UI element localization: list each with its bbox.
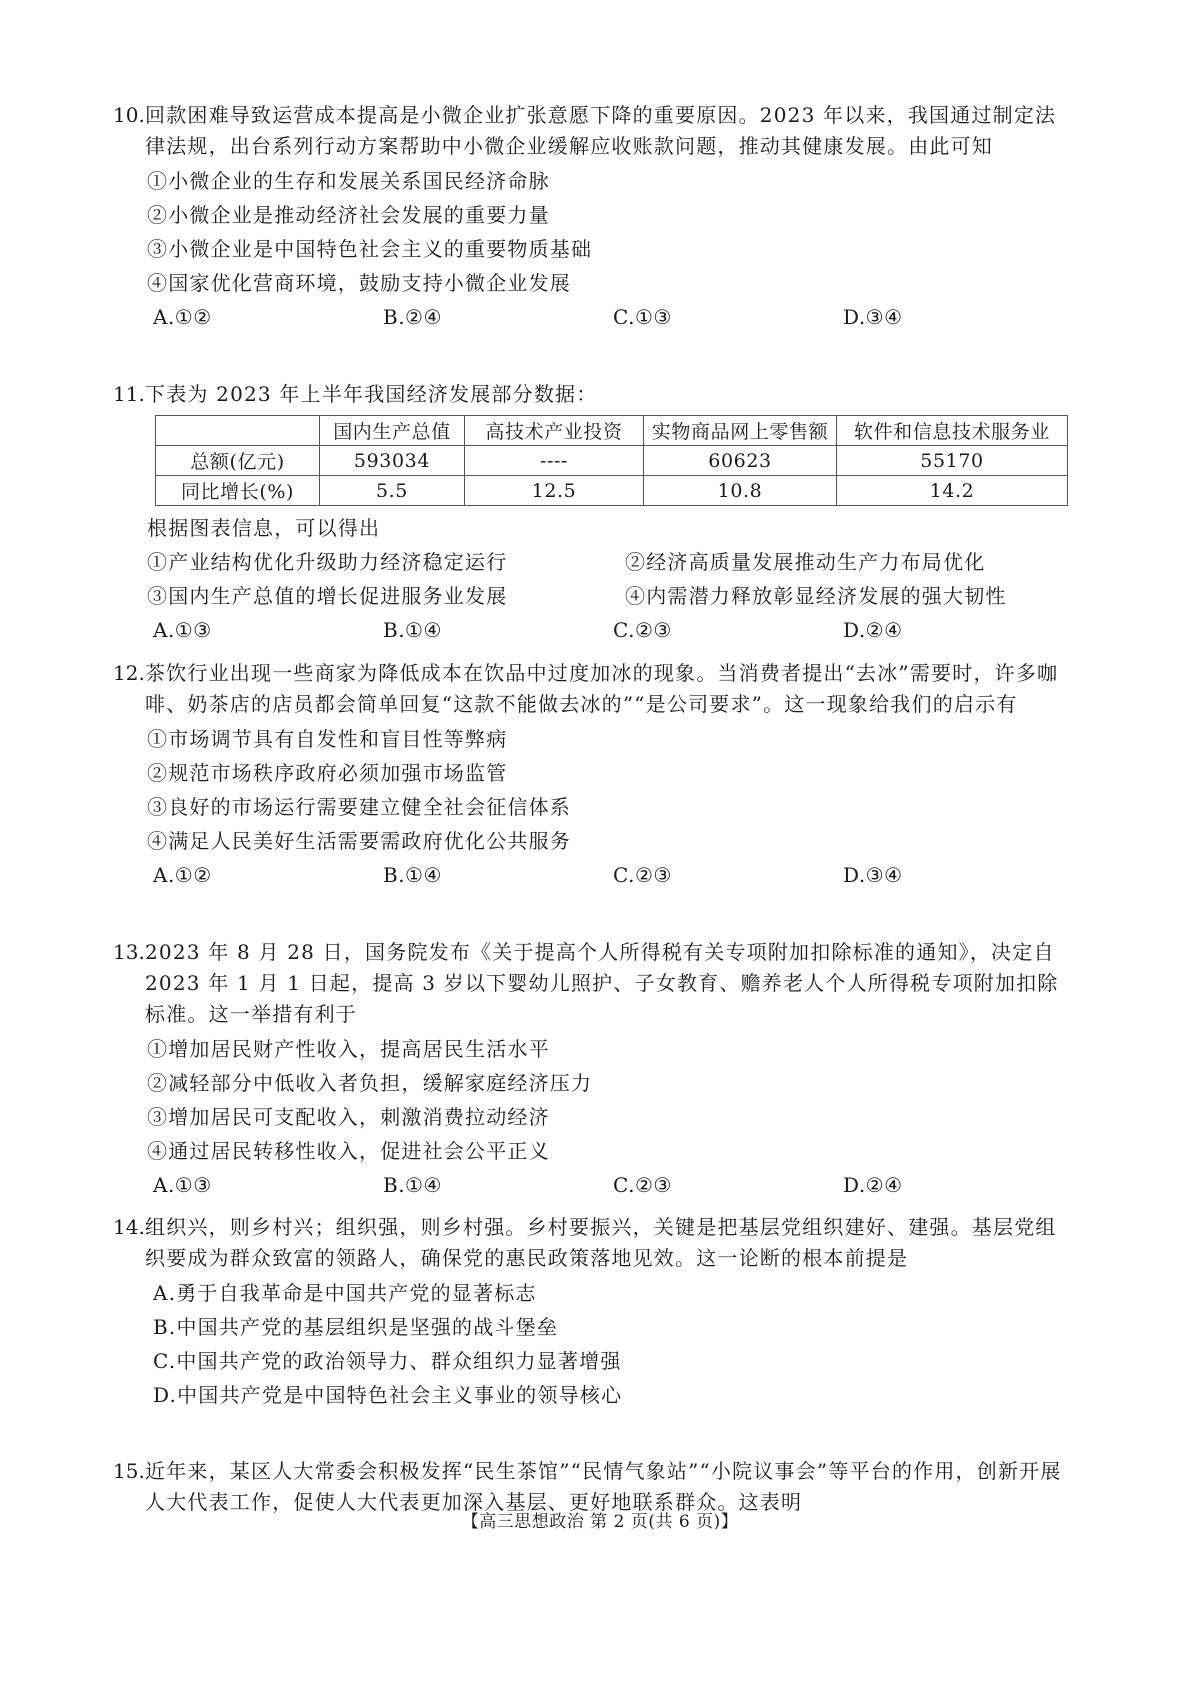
- choice-b[interactable]: B.中国共产党的基层组织是坚强的战斗堡垒: [113, 1310, 1073, 1344]
- question-number: 14.: [113, 1212, 147, 1243]
- table-row-label: 总额(亿元): [156, 446, 320, 476]
- choice-a[interactable]: A.勇于自我革命是中国共产党的显著标志: [113, 1276, 1073, 1310]
- question-text: 茶饮行业出现一些商家为降低成本在饮品中过度加冰的现象。当消费者提出“去冰”需要时…: [113, 658, 1073, 720]
- statement-option: ④国家优化营商环境，鼓励支持小微企业发展: [113, 266, 1073, 300]
- choice-d[interactable]: D.中国共产党是中国特色社会主义事业的领导核心: [113, 1378, 1073, 1412]
- statement-options-grid: ①产业结构优化升级助力经济稳定运行 ②经济高质量发展推动生产力布局优化 ③国内生…: [113, 545, 1073, 613]
- table-row-label: 同比增长(%): [156, 476, 320, 506]
- statement-option: ③小微企业是中国特色社会主义的重要物质基础: [113, 232, 1073, 266]
- question-text: 回款困难导致运营成本提高是小微企业扩张意愿下降的重要原因。2023 年以来，我国…: [113, 100, 1073, 162]
- table-row: 同比增长(%) 5.5 12.5 10.8 14.2: [156, 476, 1068, 506]
- table-cell: ----: [465, 446, 644, 476]
- statement-option: ②规范市场秩序政府必须加强市场监管: [113, 756, 1073, 790]
- table-cell: 12.5: [465, 476, 644, 506]
- question-number: 15.: [113, 1456, 147, 1487]
- table-cell: 593034: [320, 446, 465, 476]
- question-text: 下表为 2023 年上半年我国经济发展部分数据：: [113, 379, 1073, 410]
- statement-option: ①增加居民财产性收入，提高居民生活水平: [113, 1032, 1073, 1066]
- answer-choices: A.①② B.②④ C.①③ D.③④: [113, 300, 1073, 334]
- choice-a[interactable]: A.①②: [153, 858, 383, 892]
- question-stem: 11. 下表为 2023 年上半年我国经济发展部分数据：: [113, 379, 1073, 410]
- choice-a[interactable]: A.①③: [153, 613, 383, 647]
- choice-d[interactable]: D.③④: [843, 300, 1073, 334]
- table-cell: 10.8: [644, 476, 837, 506]
- question-number: 12.: [113, 658, 147, 689]
- statement-option: ③国内生产总值的增长促进服务业发展: [147, 579, 625, 613]
- table-header-cell: 软件和信息技术服务业: [837, 416, 1068, 446]
- question-11-body: 根据图表信息，可以得出 ①产业结构优化升级助力经济稳定运行 ②经济高质量发展推动…: [113, 511, 1073, 647]
- statement-option: ①小微企业的生存和发展关系国民经济命脉: [113, 164, 1073, 198]
- statement-option: ①产业结构优化升级助力经济稳定运行: [147, 545, 625, 579]
- table-header-cell: 高技术产业投资: [465, 416, 644, 446]
- table-header-cell: [156, 416, 320, 446]
- statement-option: ②小微企业是推动经济社会发展的重要力量: [113, 198, 1073, 232]
- choice-c[interactable]: C.②③: [613, 613, 843, 647]
- choice-d[interactable]: D.③④: [843, 858, 1073, 892]
- table-header-cell: 国内生产总值: [320, 416, 465, 446]
- table-header-row: 国内生产总值 高技术产业投资 实物商品网上零售额 软件和信息技术服务业: [156, 416, 1068, 446]
- statement-option: ③增加居民可支配收入，刺激消费拉动经济: [113, 1100, 1073, 1134]
- choice-a[interactable]: A.①③: [153, 1168, 383, 1202]
- question-10: 10. 回款困难导致运营成本提高是小微企业扩张意愿下降的重要原因。2023 年以…: [113, 100, 1073, 334]
- choice-b[interactable]: B.①④: [383, 1168, 613, 1202]
- exam-page: 10. 回款困难导致运营成本提高是小微企业扩张意愿下降的重要原因。2023 年以…: [0, 0, 1200, 1697]
- table-cell: 5.5: [320, 476, 465, 506]
- question-13: 13. 2023 年 8 月 28 日，国务院发布《关于提高个人所得税有关专项附…: [113, 937, 1073, 1202]
- statement-option: ④通过居民转移性收入，促进社会公平正义: [113, 1134, 1073, 1168]
- table-cell: 60623: [644, 446, 837, 476]
- choice-b[interactable]: B.①④: [383, 858, 613, 892]
- statement-option: ③良好的市场运行需要建立健全社会征信体系: [113, 790, 1073, 824]
- choice-c[interactable]: C.①③: [613, 300, 843, 334]
- page-footer: 【高三思想政治 第 2 页(共 6 页)】: [0, 1507, 1200, 1532]
- economic-data-table: 国内生产总值 高技术产业投资 实物商品网上零售额 软件和信息技术服务业 总额(亿…: [155, 415, 1068, 506]
- choice-c[interactable]: C.②③: [613, 1168, 843, 1202]
- answer-choices: A.①② B.①④ C.②③ D.③④: [113, 858, 1073, 892]
- choice-d[interactable]: D.②④: [843, 613, 1073, 647]
- table-cell: 14.2: [837, 476, 1068, 506]
- answer-choices: A.①③ B.①④ C.②③ D.②④: [113, 613, 1073, 647]
- statement-option: ④满足人民美好生活需要需政府优化公共服务: [113, 824, 1073, 858]
- question-14: 14. 组织兴，则乡村兴；组织强，则乡村强。乡村要振兴，关键是把基层党组织建好、…: [113, 1212, 1073, 1412]
- question-number: 13.: [113, 937, 147, 968]
- statement-option: ②经济高质量发展推动生产力布局优化: [625, 545, 1105, 579]
- answer-choices: A.①③ B.①④ C.②③ D.②④: [113, 1168, 1073, 1202]
- statement-option: ②减轻部分中低收入者负担，缓解家庭经济压力: [113, 1066, 1073, 1100]
- question-stem: 10. 回款困难导致运营成本提高是小微企业扩张意愿下降的重要原因。2023 年以…: [113, 100, 1073, 162]
- table-header-cell: 实物商品网上零售额: [644, 416, 837, 446]
- table-cell: 55170: [837, 446, 1068, 476]
- question-stem: 12. 茶饮行业出现一些商家为降低成本在饮品中过度加冰的现象。当消费者提出“去冰…: [113, 658, 1073, 720]
- choice-d[interactable]: D.②④: [843, 1168, 1073, 1202]
- choice-a[interactable]: A.①②: [153, 300, 383, 334]
- question-text: 组织兴，则乡村兴；组织强，则乡村强。乡村要振兴，关键是把基层党组织建好、建强。基…: [113, 1212, 1073, 1274]
- question-12: 12. 茶饮行业出现一些商家为降低成本在饮品中过度加冰的现象。当消费者提出“去冰…: [113, 658, 1073, 892]
- question-text: 2023 年 8 月 28 日，国务院发布《关于提高个人所得税有关专项附加扣除标…: [113, 937, 1073, 1030]
- question-prompt: 根据图表信息，可以得出: [113, 511, 1073, 545]
- statement-option: ①市场调节具有自发性和盲目性等弊病: [113, 722, 1073, 756]
- question-stem: 14. 组织兴，则乡村兴；组织强，则乡村强。乡村要振兴，关键是把基层党组织建好、…: [113, 1212, 1073, 1274]
- question-number: 10.: [113, 100, 147, 131]
- question-number: 11.: [113, 379, 147, 410]
- choice-c[interactable]: C.中国共产党的政治领导力、群众组织力显著增强: [113, 1344, 1073, 1378]
- table-row: 总额(亿元) 593034 ---- 60623 55170: [156, 446, 1068, 476]
- choice-b[interactable]: B.①④: [383, 613, 613, 647]
- question-11: 11. 下表为 2023 年上半年我国经济发展部分数据：: [113, 379, 1073, 410]
- statement-option: ④内需潜力释放彰显经济发展的强大韧性: [625, 579, 1105, 613]
- question-stem: 13. 2023 年 8 月 28 日，国务院发布《关于提高个人所得税有关专项附…: [113, 937, 1073, 1030]
- choice-c[interactable]: C.②③: [613, 858, 843, 892]
- choice-b[interactable]: B.②④: [383, 300, 613, 334]
